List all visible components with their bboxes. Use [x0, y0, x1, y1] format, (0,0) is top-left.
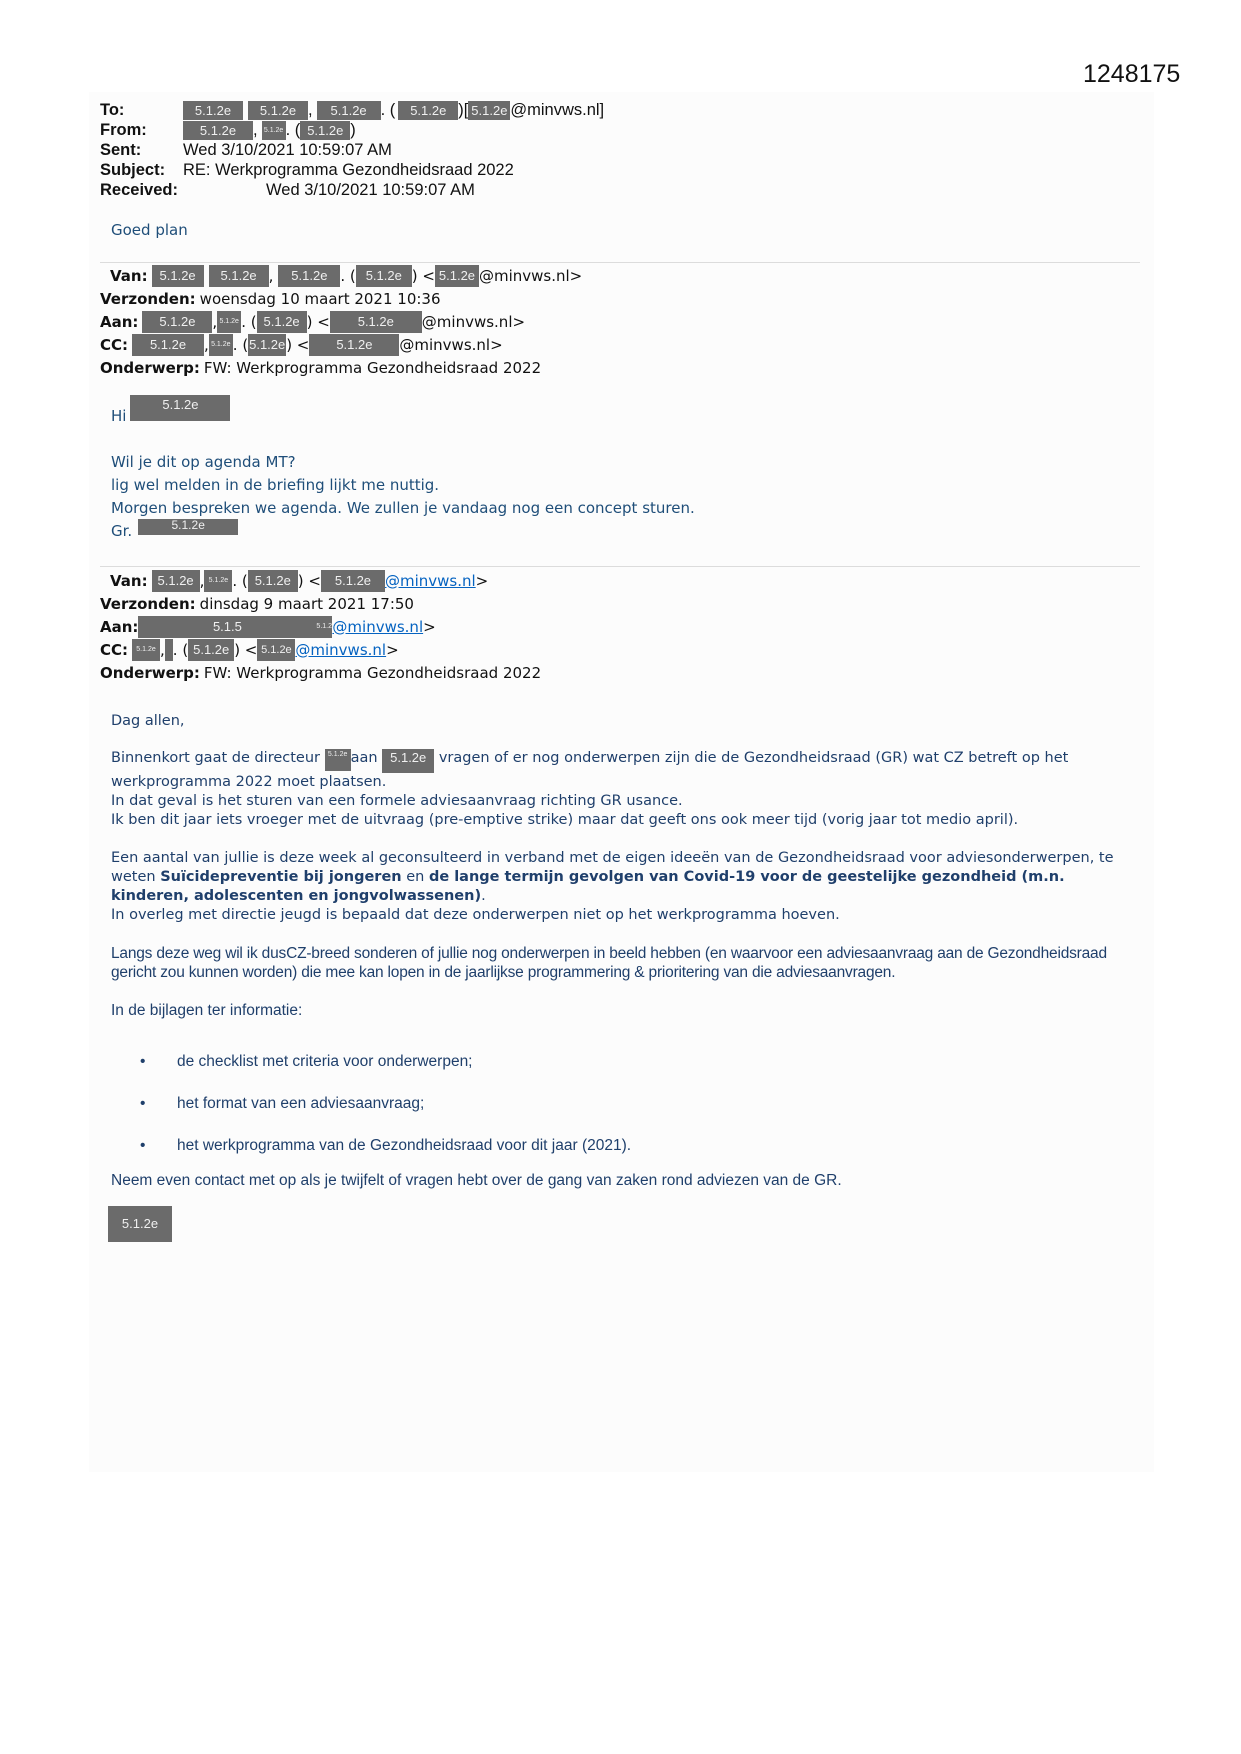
- verzonden-value: woensdag 10 maart 2021 10:36: [200, 290, 441, 308]
- redaction: 5.1.2e: [132, 639, 160, 661]
- list-item-text: het werkprogramma van de Gezondheidsraad…: [177, 1137, 631, 1155]
- salutation: Dag allen,: [111, 712, 1141, 731]
- redaction: 5.1.2e: [152, 570, 200, 592]
- paragraph-3: Langs deze weg wil ik dusCZ-breed sonder…: [111, 944, 1141, 982]
- redaction: [165, 639, 173, 661]
- paragraph-1: Binnenkort gaat de directeur 5.1.2eaan 5…: [111, 749, 1141, 792]
- bold-topic-1: Suïcidepreventie bij jongeren: [160, 869, 401, 885]
- received-label: Received:: [100, 180, 183, 200]
- paragraph-1-line-2: In dat geval is het sturen van een forme…: [111, 792, 1141, 811]
- aan-label: Aan:: [100, 618, 138, 636]
- paragraph-1-line-3: Ik ben dit jaar iets vroeger met de uitv…: [111, 811, 1141, 830]
- reply-text: Goed plan: [111, 221, 188, 239]
- aan-domain: @minvws.nl>: [422, 313, 525, 331]
- cc-label: CC:: [100, 336, 128, 354]
- to-row: To: 5.1.2e 5.1.2e, 5.1.2e. ( 5.1.2e)[ 5.…: [100, 100, 604, 120]
- sent-row: Sent: Wed 3/10/2021 10:59:07 AM: [100, 140, 604, 160]
- paragraph-2: Een aantal van jullie is deze week al ge…: [111, 849, 1141, 906]
- sent-label: Sent:: [100, 140, 183, 160]
- body-line: lig wel melden in de briefing lijkt me n…: [111, 476, 439, 494]
- redaction: 5.1.2e: [142, 311, 212, 333]
- redaction: 5.1.2e: [262, 121, 286, 140]
- van-row: Van: 5.1.2e, 5.1.2e. ( 5.1.2e) < 5.1.2e …: [100, 569, 541, 592]
- aan-label: Aan:: [100, 313, 138, 331]
- from-label: From:: [100, 120, 183, 140]
- redaction: 5.1.2e: [209, 334, 233, 356]
- redaction: 5.1.2e: [257, 639, 295, 661]
- body-line: Morgen bespreken we agenda. We zullen je…: [111, 499, 695, 517]
- redaction: 5.1.2e: [321, 570, 385, 592]
- onderwerp-label: Onderwerp:: [100, 664, 200, 682]
- onderwerp-row: Onderwerp: FW: Werkprogramma Gezondheids…: [100, 356, 582, 379]
- van-label: Van:: [110, 267, 148, 285]
- text: Binnenkort gaat de directeur: [111, 750, 320, 766]
- aan-row: Aan: 5.1.2e, 5.1.2e. ( 5.1.2e) < 5.1.2e …: [100, 310, 582, 333]
- redaction: 5.1.2e: [435, 265, 479, 287]
- subject-row: Subject: RE: Werkprogramma Gezondheidsra…: [100, 160, 604, 180]
- onderwerp-value: FW: Werkprogramma Gezondheidsraad 2022: [204, 664, 541, 682]
- onderwerp-label: Onderwerp:: [100, 359, 200, 377]
- email-link[interactable]: @minvws.nl: [385, 572, 476, 590]
- redaction: 5.1.2e: [356, 265, 412, 287]
- cc-label: CC:: [100, 641, 128, 659]
- redaction: 5.1.2e: [300, 121, 350, 140]
- redaction: 5.1.2e: [468, 101, 510, 120]
- van-domain: @minvws.nl>: [479, 267, 582, 285]
- received-value: Wed 3/10/2021 10:59:07 AM: [266, 180, 475, 200]
- redaction: 5.1.2e: [257, 311, 307, 333]
- sent-value: Wed 3/10/2021 10:59:07 AM: [183, 140, 392, 160]
- message3-body: Dag allen, Binnenkort gaat de directeur …: [111, 712, 1141, 1020]
- redaction: 5.1.5: [138, 616, 316, 638]
- divider: [100, 566, 1140, 567]
- redaction: 5.1.2e: [325, 749, 351, 771]
- verzonden-row: Verzonden: dinsdag 9 maart 2021 17:50: [100, 592, 541, 615]
- closing-line: Neem even contact met op als je twijfelt…: [111, 1172, 842, 1190]
- redaction: 5.1.2e: [248, 101, 308, 120]
- redaction: 5.1.2e: [152, 265, 204, 287]
- subject-value: RE: Werkprogramma Gezondheidsraad 2022: [183, 160, 514, 180]
- redaction: 5.1.2e: [309, 334, 399, 356]
- cc-domain: @minvws.nl>: [399, 336, 502, 354]
- redaction: 5.1.2e: [278, 265, 340, 287]
- reply-body: Goed plan: [111, 218, 188, 241]
- redaction: 5.1.2e: [317, 101, 381, 120]
- redaction: 5.1.2e: [382, 749, 434, 773]
- paragraph-2-line-2: In overleg met directie jeugd is bepaald…: [111, 906, 1141, 925]
- redaction: 5.1.2e: [204, 570, 232, 592]
- document-number: 1248175: [1083, 60, 1180, 89]
- signature-redaction: 5.1.2e: [108, 1206, 172, 1242]
- text: en: [406, 869, 424, 885]
- body-line: Wil je dit op agenda MT?: [111, 453, 296, 471]
- redaction: 5.1.2e: [183, 121, 253, 140]
- email-link[interactable]: @minvws.nl: [295, 641, 386, 659]
- email-link[interactable]: @minvws.nl: [332, 618, 423, 636]
- cc-row: CC: 5.1.2e, . ( 5.1.2e) < 5.1.2e @minvws…: [100, 638, 541, 661]
- redaction: 5.1.2e: [330, 311, 422, 333]
- attachments-intro: In de bijlagen ter informatie:: [111, 1001, 1141, 1020]
- verzonden-row: Verzonden: woensdag 10 maart 2021 10:36: [100, 287, 582, 310]
- cc-row: CC: 5.1.2e, 5.1.2e. ( 5.1.2e) < 5.1.2e @…: [100, 333, 582, 356]
- message3-header: Van: 5.1.2e, 5.1.2e. ( 5.1.2e) < 5.1.2e …: [100, 569, 541, 684]
- redaction: 5.1.2e: [398, 101, 458, 120]
- redaction: 5.1.2e: [248, 334, 286, 356]
- text: aan: [351, 750, 378, 766]
- redaction: 5.1.2e: [209, 265, 269, 287]
- greeting: Hi: [111, 407, 126, 425]
- van-label: Van:: [110, 572, 148, 590]
- redaction: 5.1.2e: [188, 639, 234, 661]
- verzonden-label: Verzonden:: [100, 290, 196, 308]
- divider: [100, 262, 1140, 263]
- message2-body: Hi 5.1.2e Wil je dit op agenda MT? lig w…: [111, 395, 695, 542]
- list-item-text: het format van een adviesaanvraag;: [177, 1095, 424, 1113]
- verzonden-label: Verzonden:: [100, 595, 196, 613]
- verzonden-value: dinsdag 9 maart 2021 17:50: [200, 595, 414, 613]
- text: .: [481, 888, 486, 904]
- redaction: 5.1.2e: [217, 311, 241, 333]
- to-label: To:: [100, 100, 183, 120]
- redaction: 5.1.2e: [130, 395, 230, 421]
- onderwerp-value: FW: Werkprogramma Gezondheidsraad 2022: [204, 359, 541, 377]
- redaction: 5.1.2e: [316, 616, 332, 638]
- van-row: Van: 5.1.2e 5.1.2e, 5.1.2e. ( 5.1.2e) < …: [100, 264, 582, 287]
- redaction: 5.1.2e: [132, 334, 204, 356]
- received-row: Received: Wed 3/10/2021 10:59:07 AM: [100, 180, 604, 200]
- onderwerp-row: Onderwerp: FW: Werkprogramma Gezondheids…: [100, 661, 541, 684]
- list-item-text: de checklist met criteria voor onderwerp…: [177, 1053, 473, 1071]
- redaction: 5.1.2e: [248, 570, 298, 592]
- to-domain: @minvws.nl]: [510, 100, 604, 120]
- email-header: To: 5.1.2e 5.1.2e, 5.1.2e. ( 5.1.2e)[ 5.…: [100, 100, 604, 200]
- signoff: Gr.: [111, 522, 132, 540]
- redaction: 5.1.2e: [138, 519, 238, 535]
- aan-row: Aan: 5.1.5 5.1.2e @minvws.nl>: [100, 615, 541, 638]
- subject-label: Subject:: [100, 160, 183, 180]
- message2-header: Van: 5.1.2e 5.1.2e, 5.1.2e. ( 5.1.2e) < …: [100, 264, 582, 379]
- from-row: From: 5.1.2e, 5.1.2e. ( 5.1.2e): [100, 120, 604, 140]
- redaction: 5.1.2e: [183, 101, 243, 120]
